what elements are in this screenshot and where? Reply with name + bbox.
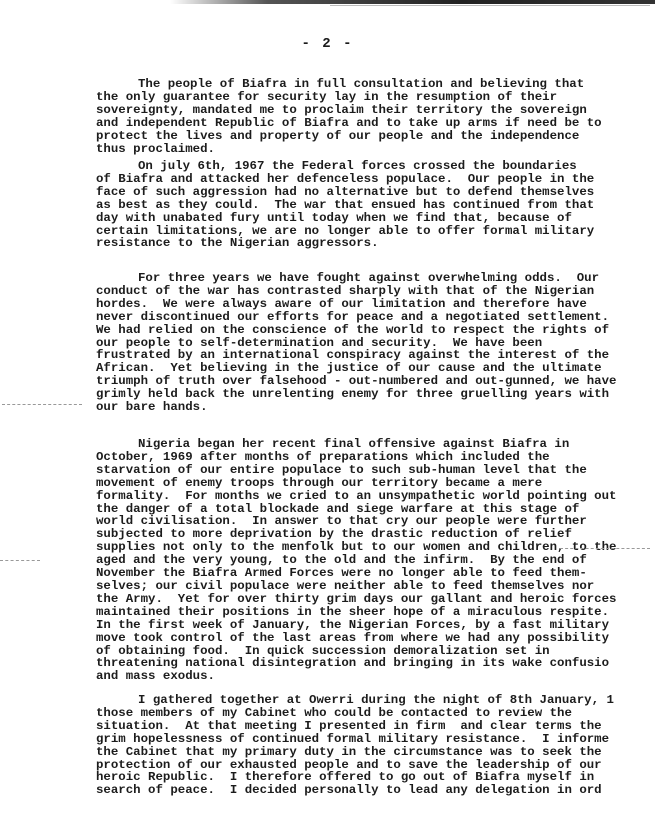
text-line: movement of enemy troops through our ter… (96, 477, 636, 490)
text-line: of Biafra and attacked her defenceless p… (96, 173, 636, 186)
text-line: protect the lives and property of our pe… (96, 130, 636, 143)
text-line: conduct of the war has contrasted sharpl… (96, 285, 636, 298)
text-line: our bare hands. (96, 401, 636, 414)
text-line: For three years we have fought against o… (96, 272, 636, 285)
text-line: the only guarantee for security lay in t… (96, 91, 636, 104)
scan-top-edge (170, 0, 655, 4)
text-line: never discontinued our efforts for peace… (96, 311, 636, 324)
paragraph-5: I gathered together at Owerri during the… (96, 694, 636, 797)
text-line: and independent Republic of Biafra and t… (96, 117, 636, 130)
text-line: We had relied on the conscience of the w… (96, 324, 636, 337)
text-line: move took control of the last areas from… (96, 632, 636, 645)
text-line: sovereignty, mandated me to proclaim the… (96, 104, 636, 117)
text-line: situation. At that meeting I presented i… (96, 720, 636, 733)
text-line: search of peace. I decided personally to… (96, 784, 636, 797)
scan-top-edge-line (330, 5, 650, 6)
text-line: selves; our civil populace were neither … (96, 580, 636, 593)
text-line: I gathered together at Owerri during the… (96, 694, 636, 707)
text-line: October, 1969 after months of preparatio… (96, 451, 636, 464)
text-line: formality. For months we cried to an uns… (96, 490, 636, 503)
margin-scan-mark (560, 548, 650, 550)
paragraph-2: On july 6th, 1967 the Federal forces cro… (96, 160, 636, 250)
text-line: hordes. We were always aware of our limi… (96, 298, 636, 311)
margin-scan-mark (2, 404, 82, 406)
paragraph-4: Nigeria began her recent final offensive… (96, 438, 636, 683)
text-line: The people of Biafra in full consultatio… (96, 78, 636, 91)
text-line: thus proclaimed. (96, 143, 636, 156)
paragraph-3: For three years we have fought against o… (96, 272, 636, 414)
text-line: maintained their positions in the sheer … (96, 606, 636, 619)
paragraph-1: The people of Biafra in full consultatio… (96, 78, 636, 155)
text-line: In the first week of January, the Nigeri… (96, 619, 636, 632)
text-line: the Cabinet that my primary duty in the … (96, 746, 636, 759)
text-line: resistance to the Nigerian aggressors. (96, 237, 636, 250)
text-line: and mass exodus. (96, 670, 636, 683)
page-number: - 2 - (0, 36, 655, 52)
text-line: On july 6th, 1967 the Federal forces cro… (96, 160, 636, 173)
text-line: starvation of our entire populace to suc… (96, 464, 636, 477)
margin-scan-mark (0, 560, 40, 562)
text-line: those members of my Cabinet who could be… (96, 707, 636, 720)
text-line: face of such aggression had no alternati… (96, 186, 636, 199)
text-line: Nigeria began her recent final offensive… (96, 438, 636, 451)
text-line: as best as they could. The war that ensu… (96, 199, 636, 212)
text-line: grim hopelessness of continued formal mi… (96, 733, 636, 746)
text-line: the Army. Yet for over thirty grim days … (96, 593, 636, 606)
text-line: day with unabated fury until today when … (96, 212, 636, 225)
